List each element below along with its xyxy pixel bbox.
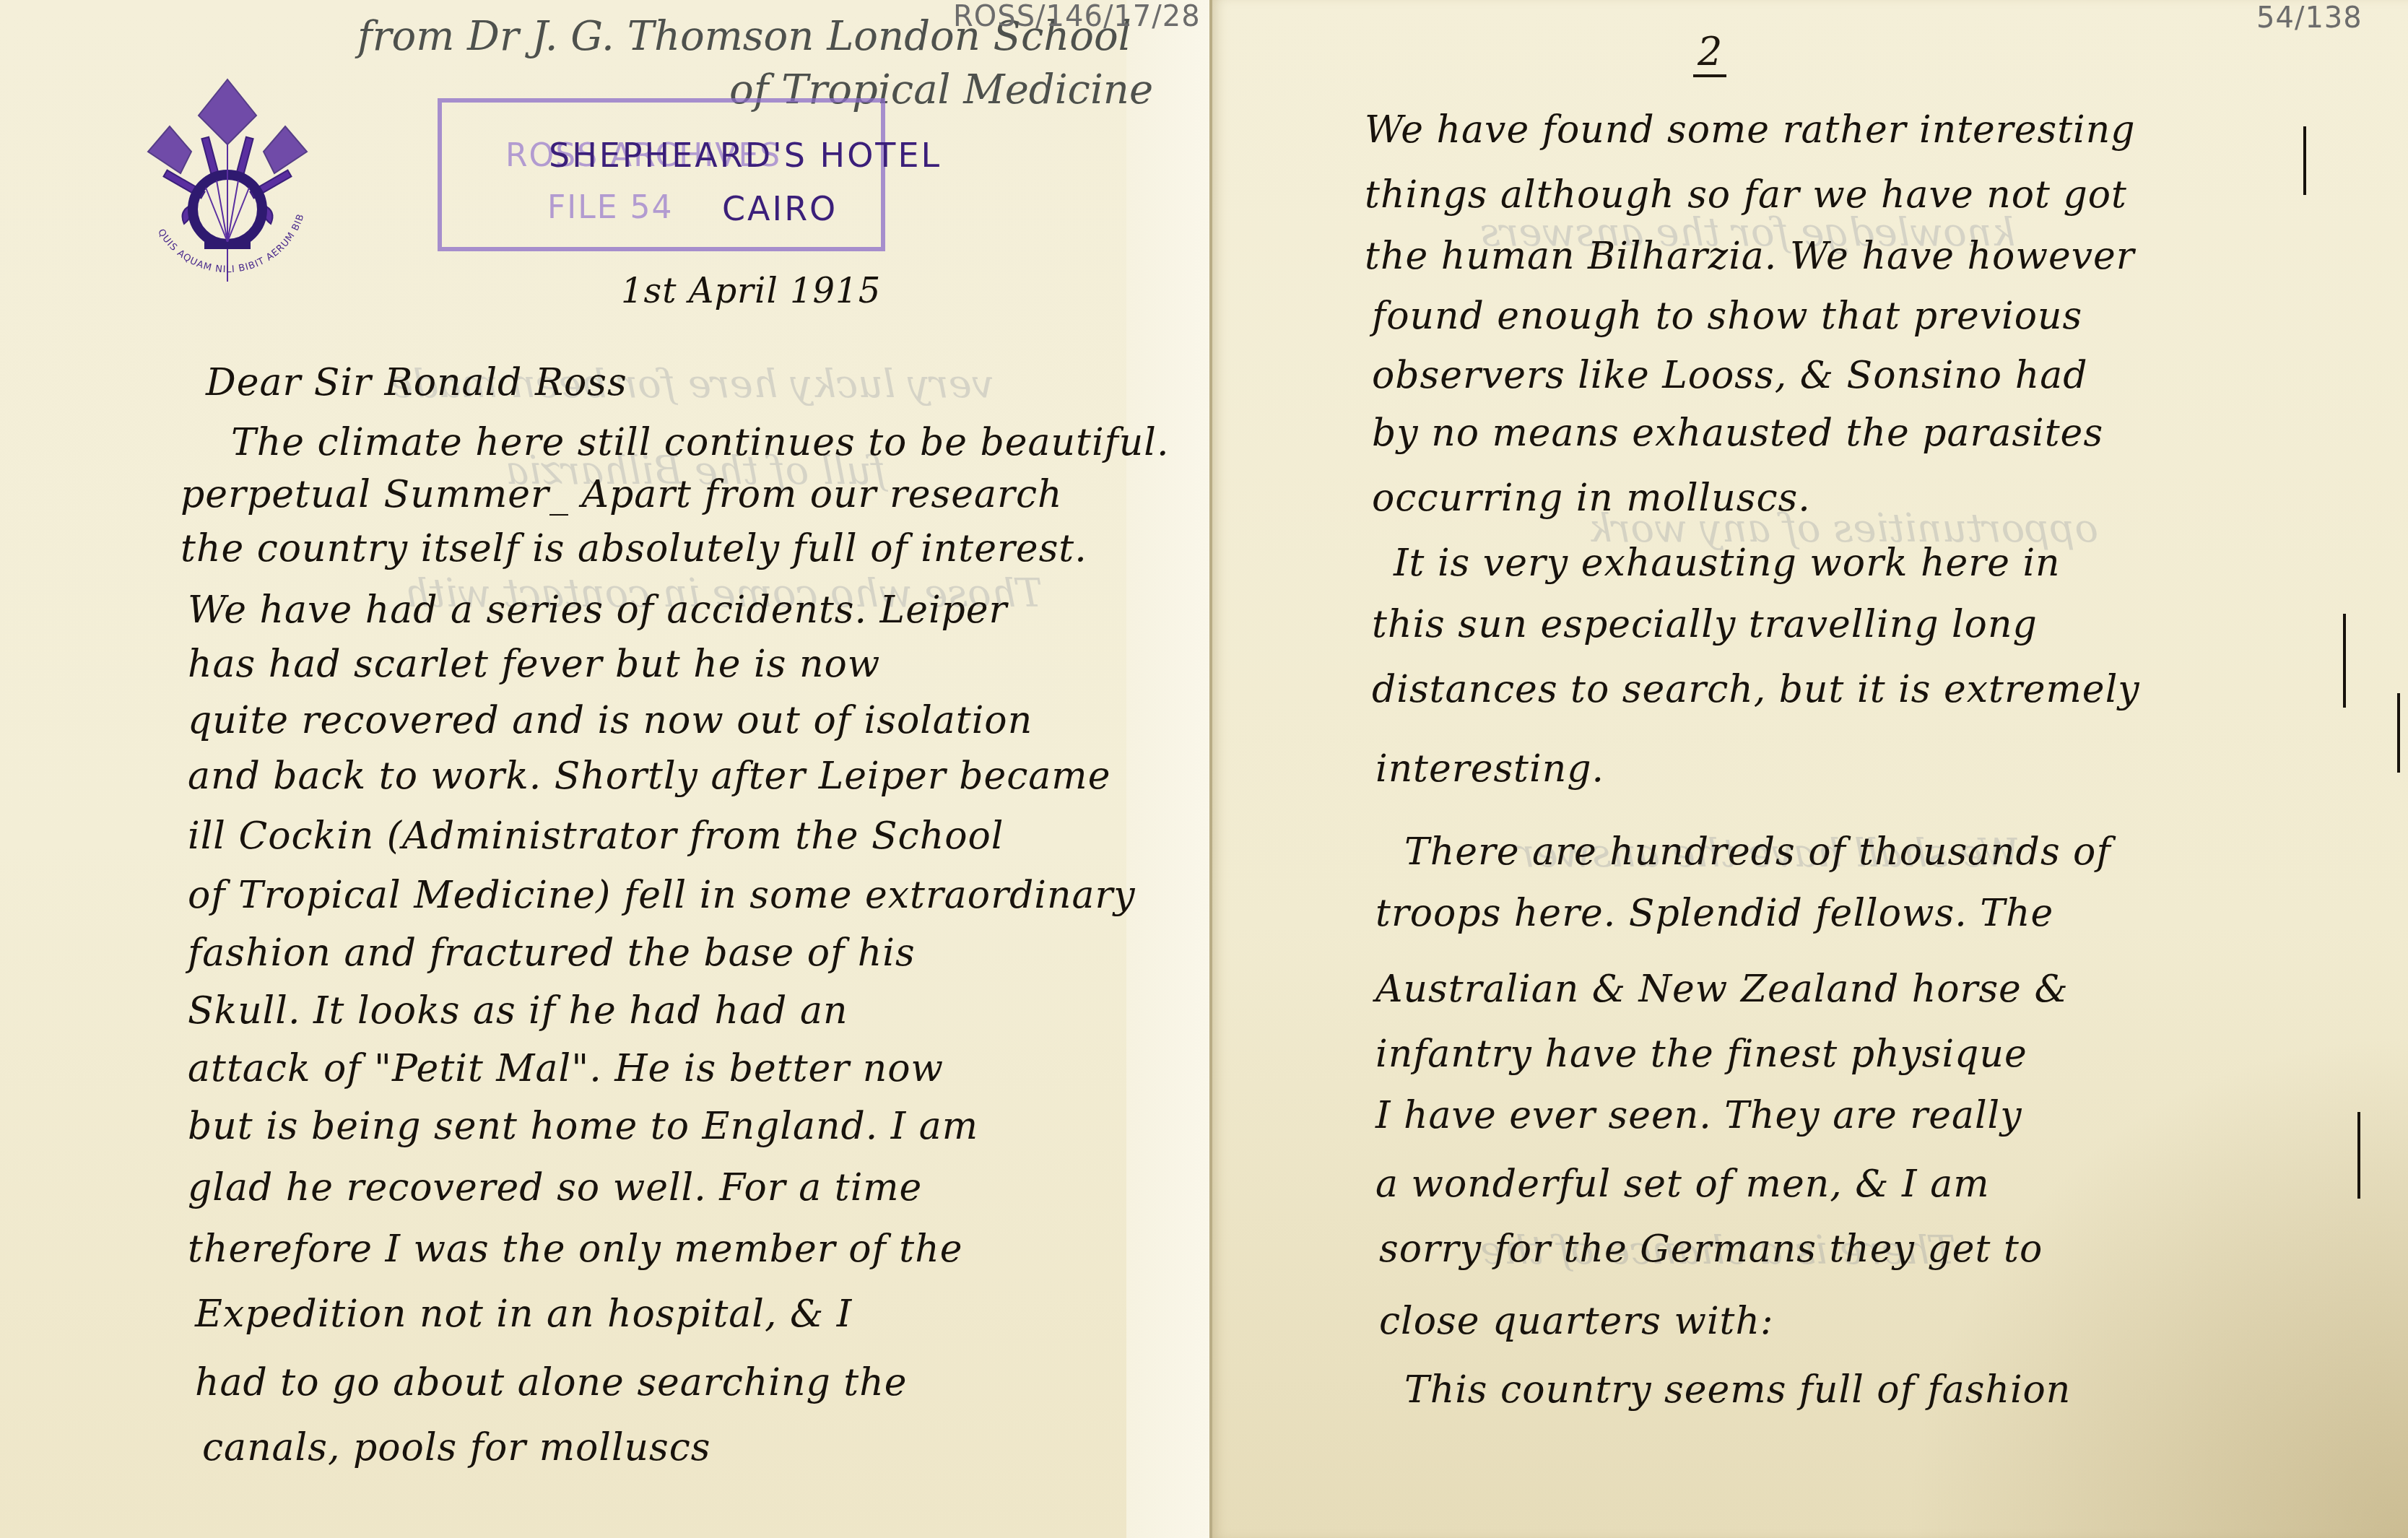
letter-line: The climate here still continues to be b…	[231, 421, 1170, 464]
page-number: 2	[1693, 29, 1726, 77]
letter-line: Expedition not in an hospital, & I	[195, 1292, 852, 1336]
page-edge	[1126, 0, 1211, 1538]
letter-line: We have found some rather interesting	[1365, 108, 2135, 152]
letter-line: interesting.	[1375, 747, 1604, 791]
hotel-name: SHEPHEARD'S HOTEL	[549, 136, 942, 175]
letter-line: had to go about alone searching the	[195, 1361, 907, 1404]
letter-line: has had scarlet fever but he is now	[188, 643, 880, 686]
letter-line: a wonderful set of men, & I am	[1375, 1163, 1989, 1206]
letter-line: this sun especially travelling long	[1372, 603, 2038, 646]
letter-line: infantry have the finest physique	[1375, 1033, 2027, 1076]
letter-line: perpetual Summer_ Apart from our researc…	[181, 473, 1063, 516]
letter-line: It is very exhausting work here in	[1394, 542, 2061, 585]
line-continuation-mark	[2336, 614, 2346, 708]
letter-line: Skull. It looks as if he had had an	[188, 989, 848, 1033]
letter-line: therefore I was the only member of the	[188, 1228, 962, 1271]
salutation: Dear Sir Ronald Ross	[206, 361, 627, 404]
letter-line: but is being sent home to England. I am	[188, 1105, 978, 1148]
letter-line: Australian & New Zealand horse &	[1375, 968, 2069, 1011]
letter-line: occurring in molluscs.	[1372, 477, 1811, 520]
letter-line: sorry for the Germans they get to	[1379, 1228, 2043, 1271]
letter-line: I have ever seen. They are really	[1375, 1094, 2022, 1137]
letter-line: ill Cockin (Administrator from the Schoo…	[188, 814, 1004, 858]
letter-line: quite recovered and is now out of isolat…	[188, 699, 1033, 742]
hotel-crest-icon: QUIS AQUAM NILI BIBIT AERUM BIBET	[119, 72, 336, 289]
letter-line: troops here. Splendid fellows. The	[1375, 892, 2053, 935]
archive-reference-left: ROSS/146/17/28	[953, 0, 1201, 33]
center-fold	[1209, 0, 1212, 1538]
letter-line: There are hundreds of thousands of	[1404, 830, 2111, 874]
letter-line: the country itself is absolutely full of…	[181, 527, 1087, 570]
archive-reference-right: 54/138	[2256, 1, 2363, 35]
letter-line: and back to work. Shortly after Leiper b…	[188, 755, 1110, 798]
letter-line: by no means exhausted the parasites	[1372, 412, 2103, 455]
line-continuation-mark	[2350, 1112, 2360, 1199]
archive-stamp-box	[438, 98, 885, 251]
letter-line: of Tropical Medicine) fell in some extra…	[188, 874, 1136, 917]
letter-line: glad he recovered so well. For a time	[188, 1166, 922, 1209]
letter-line: observers like Looss, & Sonsino had	[1372, 354, 2087, 397]
letter-line: attack of "Petit Mal". He is better now	[188, 1047, 944, 1090]
archive-stamp-line2: FILE 54	[547, 189, 674, 226]
letter-line: This country seems full of fashion	[1404, 1368, 2071, 1412]
letter-line: We have had a series of accidents. Leipe…	[188, 588, 1007, 632]
letter-line: fashion and fractured the base of his	[188, 931, 916, 975]
letter-line: the human Bilharzia. We have however	[1365, 235, 2135, 278]
line-continuation-mark	[2296, 126, 2306, 195]
letter-line: close quarters with:	[1379, 1300, 1773, 1343]
letter-line: canals, pools for molluscs	[202, 1426, 711, 1469]
letter-date: 1st April 1915	[621, 271, 881, 311]
letter-line: distances to search, but it is extremely	[1372, 668, 2140, 711]
line-continuation-mark	[2390, 693, 2400, 773]
hotel-city: CAIRO	[722, 189, 838, 228]
letter-line: things although so far we have not got	[1365, 173, 2127, 217]
letter-line: found enough to show that previous	[1372, 295, 2082, 338]
